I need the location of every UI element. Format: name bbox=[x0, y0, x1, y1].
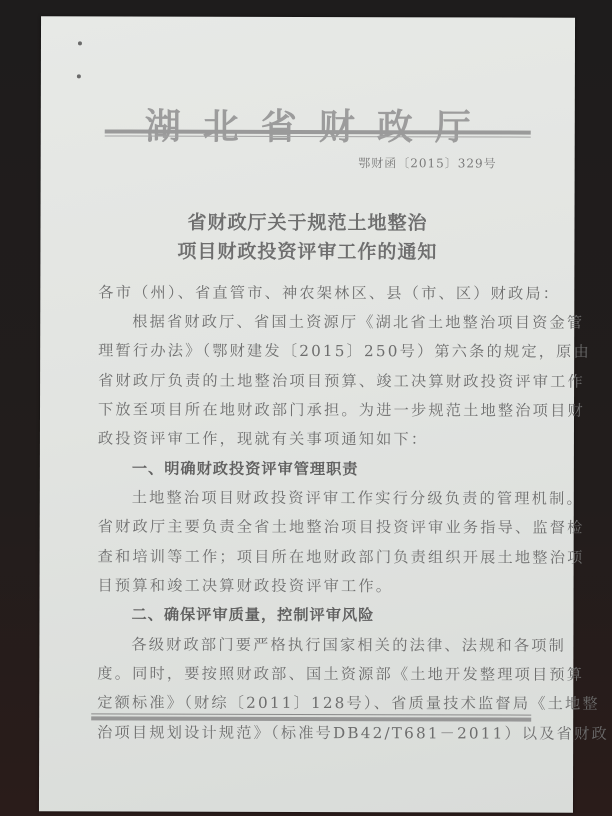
agency-header: 湖北省财政厅 bbox=[41, 98, 575, 150]
document-title-line-2: 项目财政投资评审工作的通知 bbox=[40, 236, 574, 264]
body-line: 下放至项目所在地财政部门承担。为进一步规范土地整治项目财 bbox=[98, 395, 585, 426]
document-body: 各市（州）、省直管市、神农架林区、县（市、区）财政局： 根据省财政厅、省国土资源… bbox=[98, 278, 528, 279]
document-number: 鄂财函〔2015〕329号 bbox=[358, 154, 496, 171]
section-2-line: 治项目规划设计规范》（标准号DB42/T681－2011）以及省财政 bbox=[97, 718, 609, 749]
body-line: 根据省财政厅、省国土资源厅《湖北省土地整治项目资金管 bbox=[98, 307, 584, 338]
section-1-line: 土地整治项目财政投资评审工作实行分级负责的管理机制。 bbox=[98, 483, 584, 514]
body-line: 省财政厅负责的土地整治项目预算、竣工决算财政投资评审工作 bbox=[98, 366, 585, 397]
section-1-line: 查和培训等工作；项目所在地财政部门负责组织开展土地整治项 bbox=[98, 542, 585, 573]
body-line: 理暂行办法》（鄂财建发〔2015〕250号）第六条的规定，原由 bbox=[98, 336, 591, 367]
body-line: 政投资评审工作，现就有关事项通知如下： bbox=[98, 424, 428, 454]
section-2-line: 度。同时，要按照财政部、国土资源部《土地开发整理项目预算 bbox=[97, 659, 584, 690]
document-page: 湖北省财政厅 鄂财函〔2015〕329号 省财政厅关于规范土地整治 项目财政投资… bbox=[39, 16, 575, 812]
section-2-heading: 二、确保评审质量，控制评审风险 bbox=[97, 600, 374, 630]
section-1-heading: 一、明确财政投资评审管理职责 bbox=[98, 454, 359, 484]
section-1-line: 省财政厅主要负责全省土地整治项目投资评审业务指导、监督检 bbox=[98, 512, 585, 543]
addressee: 各市（州）、省直管市、神农架林区、县（市、区）财政局： bbox=[98, 278, 560, 309]
section-2-line: 各级财政部门要严格执行国家相关的法律、法规和各项制 bbox=[97, 630, 566, 661]
section-1-line: 目预算和竣工决算财政投资评审工作。 bbox=[98, 571, 394, 601]
document-title-line-1: 省财政厅关于规范土地整治 bbox=[40, 207, 574, 235]
staple-hole-icon bbox=[78, 41, 82, 45]
staple-hole-icon bbox=[77, 74, 81, 78]
